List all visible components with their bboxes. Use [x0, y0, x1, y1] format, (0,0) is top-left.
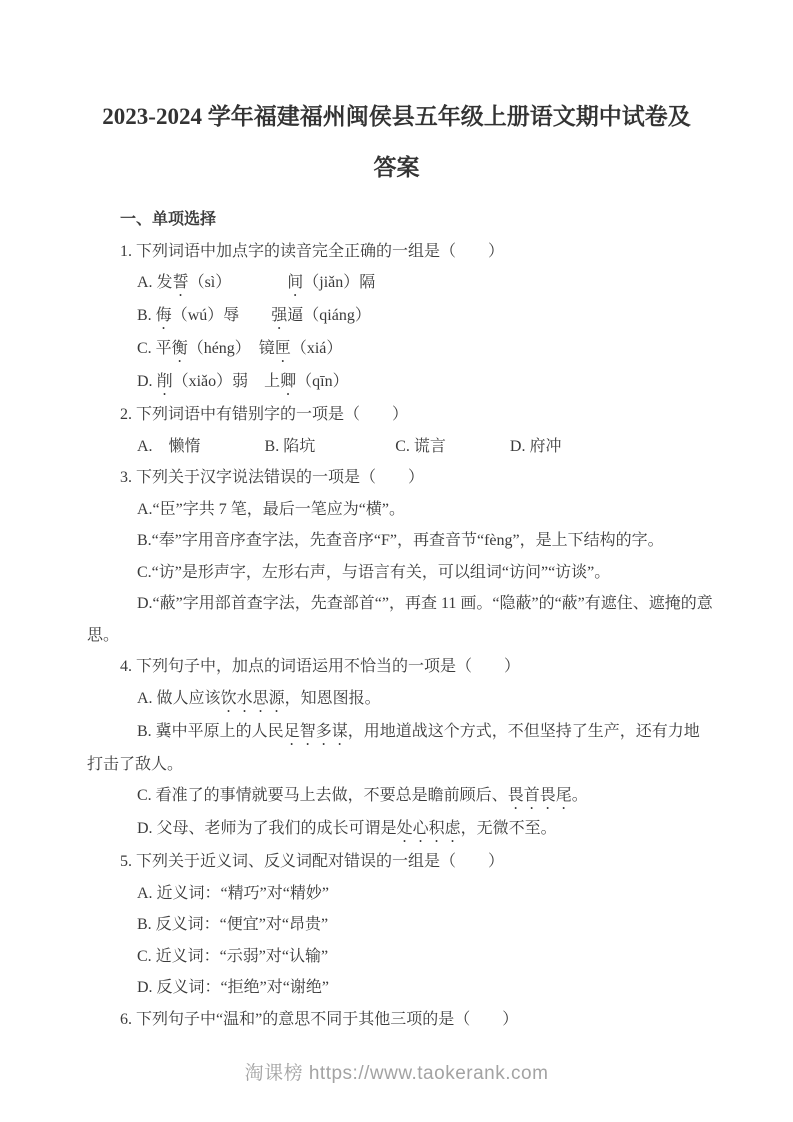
- dotted-emphasis-text: 衡: [172, 340, 188, 357]
- text-run: 4. 下列句子中，加点的词语运用不恰当的一项是（ ）: [120, 658, 520, 675]
- text-run: D. 反义词：“拒绝”对“谢绝”: [137, 979, 329, 996]
- text-run: B. 反义词：“便宜”对“昂贵”: [137, 916, 328, 933]
- dotted-emphasis-text: 饮水思源: [221, 690, 285, 707]
- text-run: 1. 下列词语中加点字的读音完全正确的一组是（ ）: [120, 243, 504, 260]
- dotted-emphasis-text: 足智多谋: [284, 723, 348, 740]
- option-line: A. 发誓（sì） 间（jiǎn）隔: [87, 267, 714, 300]
- text-run: B.: [137, 307, 156, 324]
- text-run: 3. 下列关于汉字说法错误的一项是（ ）: [120, 469, 424, 486]
- dotted-emphasis-text: 强: [271, 307, 287, 324]
- document-body: 一、单项选择 1. 下列词语中加点字的读音完全正确的一组是（ ）A. 发誓（sì…: [87, 204, 714, 1035]
- dotted-emphasis-text: 誓: [173, 274, 189, 291]
- text-run: 5. 下列关于近义词、反义词配对错误的一组是（ ）: [120, 853, 504, 870]
- text-run: A. 近义词：“精巧”对“精妙”: [137, 885, 329, 902]
- question-line: 5. 下列关于近义词、反义词配对错误的一组是（ ）: [87, 846, 714, 878]
- text-run: D.: [137, 373, 157, 390]
- text-run: （sì）: [189, 274, 288, 291]
- option-line: C. 平衡（héng） 镜匣（xiá）: [87, 333, 714, 366]
- question-line: 2. 下列词语中有错别字的一项是（ ）: [87, 399, 714, 431]
- dotted-emphasis-text: 畏首畏尾: [508, 787, 572, 804]
- text-run: （qīn）: [296, 373, 348, 390]
- document-lines: 1. 下列词语中加点字的读音完全正确的一组是（ ）A. 发誓（sì） 间（jiǎ…: [87, 236, 714, 1036]
- dotted-emphasis-text: 卿: [280, 373, 296, 390]
- question-line: 6. 下列句子中“温和”的意思不同于其他三项的是（ ）: [87, 1004, 714, 1036]
- text-run: （xiá）: [291, 340, 343, 357]
- dotted-emphasis-text: 处心积虑: [397, 820, 461, 837]
- exam-page: 2023-2024 学年福建福州闽侯县五年级上册语文期中试卷及 答案 一、单项选…: [0, 0, 793, 1122]
- dotted-emphasis-text: 间: [287, 274, 303, 291]
- text-run: 6. 下列句子中“温和”的意思不同于其他三项的是（ ）: [120, 1011, 518, 1028]
- option-line: B. 侮（wú）辱 强逼（qiáng）: [87, 300, 714, 333]
- text-run: A.“臣”字共 7 笔，最后一笔应为“横”。: [137, 501, 405, 518]
- text-run: A. 做人应该: [137, 690, 221, 707]
- option-line: D. 反义词：“拒绝”对“谢绝”: [87, 972, 714, 1004]
- text-run: （jiǎn）隔: [303, 274, 375, 291]
- text-run: D. 父母、老师为了我们的成长可谓是: [137, 820, 397, 837]
- text-run: C. 看准了的事情就要马上去做，不要总是瞻前顾后、: [137, 787, 508, 804]
- option-line: B. 反义词：“便宜”对“昂贵”: [87, 909, 714, 941]
- text-run: A. 发: [137, 274, 173, 291]
- question-line: 3. 下列关于汉字说法错误的一项是（ ）: [87, 462, 714, 494]
- text-run: D.“蔽”字用部首查字法，先查部首“”，再查 11 画。“隐蔽”的“蔽”有遮住、…: [87, 595, 713, 644]
- option-line: C. 近义词：“示弱”对“认输”: [87, 941, 714, 973]
- question-line: 4. 下列句子中，加点的词语运用不恰当的一项是（ ）: [87, 651, 714, 683]
- text-run: 。: [572, 787, 588, 804]
- option-line: C.“访”是形声字，左形右声，与语言有关，可以组词“访问”“访谈”。: [87, 557, 714, 589]
- text-run: C. 近义词：“示弱”对“认输”: [137, 948, 328, 965]
- option-line: A.“臣”字共 7 笔，最后一笔应为“横”。: [87, 494, 714, 526]
- option-line: A. 近义词：“精巧”对“精妙”: [87, 878, 714, 910]
- text-run: 逼（qiáng）: [287, 307, 371, 324]
- dotted-emphasis-text: 削: [157, 373, 173, 390]
- text-run: （héng） 镜: [188, 340, 275, 357]
- dotted-emphasis-text: 侮: [156, 307, 172, 324]
- option-line: D.“蔽”字用部首查字法，先查部首“”，再查 11 画。“隐蔽”的“蔽”有遮住、…: [87, 588, 714, 651]
- text-run: C.“访”是形声字，左形右声，与语言有关，可以组词“访问”“访谈”。: [137, 564, 610, 581]
- text-run: （xiǎo）弱 上: [173, 373, 281, 390]
- text-run: 2. 下列词语中有错别字的一项是（ ）: [120, 406, 408, 423]
- option-line: D. 父母、老师为了我们的成长可谓是处心积虑，无微不至。: [87, 813, 714, 846]
- text-run: ，知恩图报。: [285, 690, 381, 707]
- text-run: A. 懒惰 B. 陷坑 C. 谎言 D. 府冲: [137, 438, 561, 455]
- option-line: C. 看准了的事情就要马上去做，不要总是瞻前顾后、畏首畏尾。: [87, 780, 714, 813]
- option-line: A. 懒惰 B. 陷坑 C. 谎言 D. 府冲: [87, 431, 714, 463]
- footer-watermark-text: 淘课榜 https://www.taokerank.com: [245, 1063, 549, 1084]
- option-line: B. 冀中平原上的人民足智多谋，用地道战这个方式，不但坚持了生产，还有力地打击了…: [87, 716, 714, 781]
- text-run: C. 平: [137, 340, 172, 357]
- page-footer: 淘课榜 https://www.taokerank.com: [0, 1059, 793, 1089]
- text-run: B. 冀中平原上的人民: [137, 723, 284, 740]
- dotted-emphasis-text: 匣: [275, 340, 291, 357]
- title-line-2: 答案: [40, 142, 753, 193]
- text-run: （wú）辱: [172, 307, 272, 324]
- text-run: ，无微不至。: [461, 820, 557, 837]
- option-line: A. 做人应该饮水思源，知恩图报。: [87, 683, 714, 716]
- option-line: B.“奉”字用音序查字法，先查音序“F”，再查音节“fèng”，是上下结构的字。: [87, 525, 714, 557]
- option-line: D. 削（xiǎo）弱 上卿（qīn）: [87, 366, 714, 399]
- document-title: 2023-2024 学年福建福州闽侯县五年级上册语文期中试卷及 答案: [40, 91, 753, 193]
- question-line: 1. 下列词语中加点字的读音完全正确的一组是（ ）: [87, 236, 714, 268]
- title-line-1: 2023-2024 学年福建福州闽侯县五年级上册语文期中试卷及: [40, 91, 753, 142]
- section-heading: 一、单项选择: [87, 204, 714, 236]
- text-run: B.“奉”字用音序查字法，先查音序“F”，再查音节“fèng”，是上下结构的字。: [137, 532, 664, 549]
